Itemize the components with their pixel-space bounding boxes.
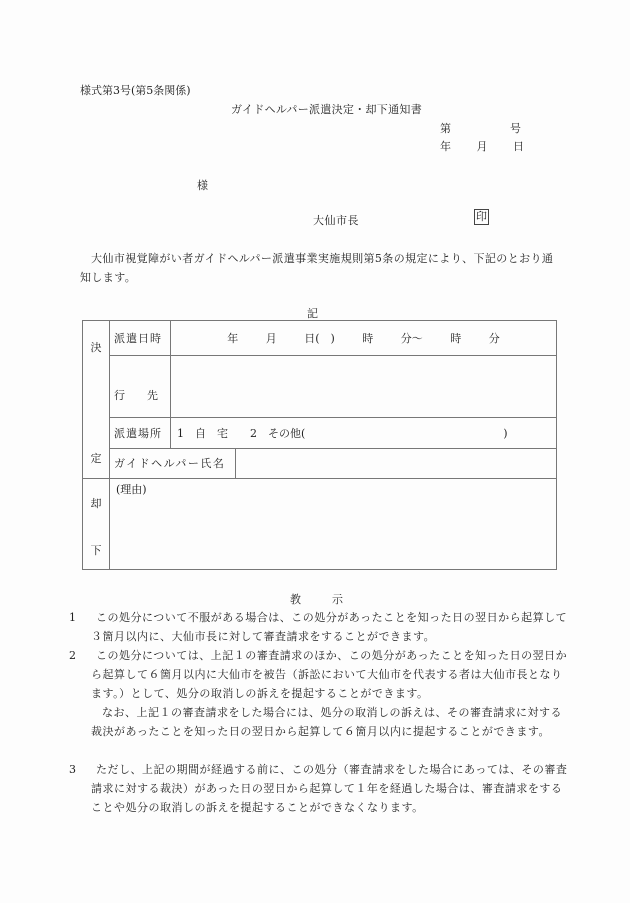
instruction-text-1: この処分について不服がある場合は、この処分があったことを知った日の翌日から起算し… — [91, 611, 567, 643]
date-month: 月 — [477, 138, 488, 154]
issuer-name: 大仙市長 — [313, 212, 359, 228]
instruction-text-2: この処分については、上記１の審査請求のほか、この処分があったことを知った日の翌日… — [91, 649, 567, 700]
reason-field[interactable]: (理由) — [110, 479, 557, 570]
rejection-label-bottom: 下 — [83, 542, 109, 558]
ki-heading: 記 — [307, 305, 318, 321]
place-label: 派遣場所 — [110, 417, 171, 448]
intro-paragraph: 大仙市視覚障がい者ガイドヘルパー派遣事業実施規則第5条の規定により、下記のとおり… — [80, 249, 560, 287]
dt-day: 日( ) — [304, 330, 335, 346]
instruction-text-2-note: なお、上記１の審査請求をした場合には、処分の取消しの訴えは、その審査請求に対する… — [91, 706, 562, 738]
instruction-item-3: 3ただし、上記の期間が経過する前に、この処分（審査請求をした場合にあっては、その… — [80, 760, 571, 817]
instruction-text-3: ただし、上記の期間が経過する前に、この処分（審査請求をした場合にあっては、その審… — [91, 763, 567, 814]
decision-label-bottom: 定 — [83, 450, 109, 466]
dt-year: 年 — [227, 330, 238, 346]
helper-name-label: ガイドヘルパー氏名 — [110, 448, 236, 478]
instruction-num-1: 1 — [80, 608, 96, 627]
decision-table: 決 定 派遣日時 年 月 日( ) 時 分〜 時 分 行 先 派遣場所 1 自 … — [82, 320, 557, 570]
number-prefix: 第 — [440, 120, 451, 136]
document-title: ガイドヘルパー派遣決定・却下通知書 — [231, 101, 422, 117]
destination-field[interactable] — [171, 356, 557, 417]
destination-label: 行 先 — [110, 356, 171, 417]
date-day: 日 — [513, 138, 524, 154]
document-number-line: 第 号 — [440, 120, 530, 136]
number-suffix: 号 — [510, 120, 521, 136]
dt-minute-from: 分〜 — [401, 330, 423, 346]
dispatch-datetime-label: 派遣日時 — [110, 321, 171, 356]
dt-hour-to: 時 — [450, 330, 461, 346]
dt-minute-to: 分 — [489, 330, 500, 346]
rejection-side-label: 却 下 — [83, 479, 110, 570]
place-field[interactable]: 1 自 宅 2 その他( ) — [171, 417, 557, 448]
instruction-item-1: 1この処分について不服がある場合は、この処分があったことを知った日の翌日から起算… — [80, 608, 571, 646]
date-line: 年 月 日 — [440, 138, 530, 154]
reason-label: (理由) — [116, 483, 147, 496]
decision-side-label: 決 定 — [83, 321, 110, 479]
instruction-item-2: 2この処分については、上記１の審査請求のほか、この処分があったことを知った日の翌… — [80, 646, 571, 703]
dispatch-datetime-field[interactable]: 年 月 日( ) 時 分〜 時 分 — [171, 321, 557, 356]
instruction-num-2: 2 — [80, 646, 96, 665]
rejection-label-top: 却 — [83, 495, 109, 511]
form-number: 様式第3号(第5条関係) — [80, 82, 191, 98]
addressee-suffix: 様 — [197, 177, 208, 193]
dt-month: 月 — [266, 330, 277, 346]
helper-name-field[interactable] — [236, 448, 557, 478]
seal-mark: 印 — [474, 209, 489, 225]
dt-hour: 時 — [362, 330, 373, 346]
instruction-title: 教 示 — [290, 591, 353, 607]
date-year: 年 — [440, 138, 451, 154]
instruction-item-2-note: なお、上記１の審査請求をした場合には、処分の取消しの訴えは、その審査請求に対する… — [80, 703, 571, 741]
decision-label-top: 決 — [83, 339, 109, 355]
instruction-num-3: 3 — [80, 760, 96, 779]
